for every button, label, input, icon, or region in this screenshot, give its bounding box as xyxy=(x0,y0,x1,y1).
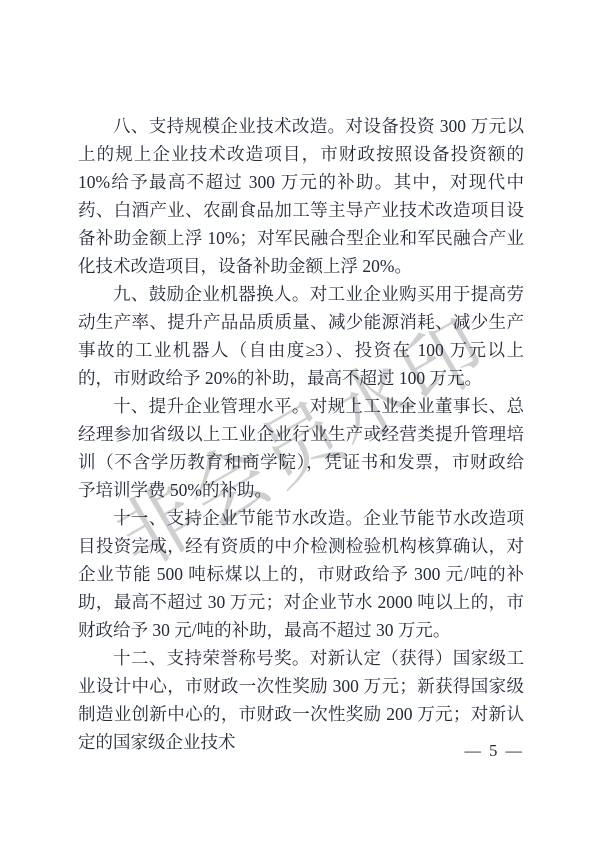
paragraph-10-management-training: 十、提升企业管理水平。对规上工业企业董事长、总经理参加省级以上工业企业行业生产或… xyxy=(78,392,524,504)
page-number: — 5 — xyxy=(465,740,525,762)
paragraph-8-tech-upgrade: 八、支持规模企业技术改造。对设备投资 300 万元以上的规上企业技术改造项目，市… xyxy=(78,112,524,280)
document-body: 八、支持规模企业技术改造。对设备投资 300 万元以上的规上企业技术改造项目，市… xyxy=(78,112,524,756)
paragraph-11-energy-water-saving: 十一、支持企业节能节水改造。企业节能节水改造项目投资完成，经有资质的中介检测检验… xyxy=(78,504,524,644)
document-page: 非会员水印 八、支持规模企业技术改造。对设备投资 300 万元以上的规上企业技术… xyxy=(0,0,600,848)
paragraph-9-robot-replacement: 九、鼓励企业机器换人。对工业企业购买用于提高劳动生产率、提升产品品质质量、减少能… xyxy=(78,280,524,392)
paragraph-12-honor-awards: 十二、支持荣誉称号奖。对新认定（获得）国家级工业设计中心，市财政一次性奖励 30… xyxy=(78,644,524,756)
